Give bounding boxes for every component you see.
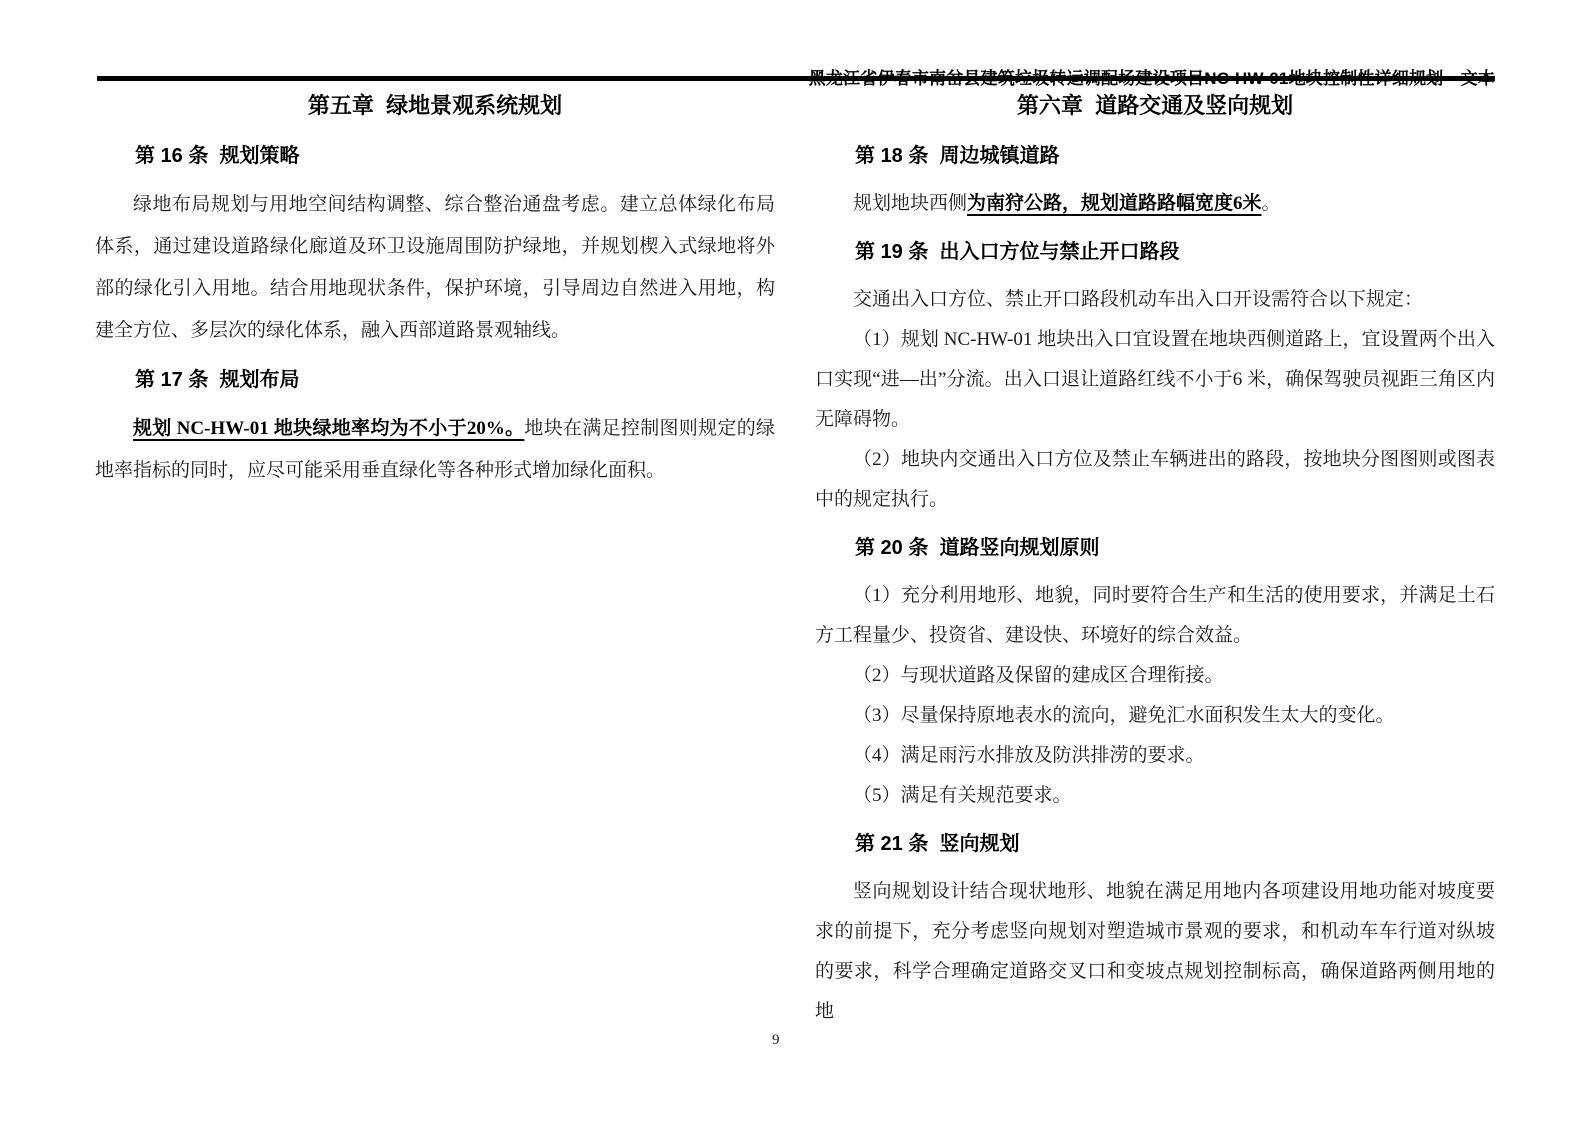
section-21-heading: 第 21 条 竖向规划 xyxy=(815,830,1495,858)
section-18-heading: 第 18 条 周边城镇道路 xyxy=(815,142,1495,170)
section-20-item-2: （2）与现状道路及保留的建成区合理衔接。 xyxy=(815,656,1495,696)
section-18-bold-underline-text: 为南狩公路，规划道路路幅宽度6米 xyxy=(967,193,1262,214)
page-content: 第五章 绿地景观系统规划 第 16 条 规划策略 绿地布局规划与用地空间结构调整… xyxy=(95,86,1495,1032)
section-16-heading: 第 16 条 规划策略 xyxy=(95,142,775,170)
section-20-item-4: （4）满足雨污水排放及防洪排涝的要求。 xyxy=(815,736,1495,776)
document-page: 黑龙江省伊春市南岔县建筑垃圾转运调配场建设项目NC-HW-01地块控制性详细规划… xyxy=(0,0,1587,1122)
section-18-period: 。 xyxy=(1262,193,1281,214)
section-20-heading: 第 20 条 道路竖向规划原则 xyxy=(815,534,1495,562)
chapter-5-title: 第五章 绿地景观系统规划 xyxy=(95,92,775,120)
section-18-paragraph: 规划地块西侧为南狩公路，规划道路路幅宽度6米。 xyxy=(815,184,1495,224)
section-20-item-1: （1）充分利用地形、地貌，同时要符合生产和生活的使用要求，并满足土石方工程量少、… xyxy=(815,576,1495,656)
header-rule-divider xyxy=(97,76,1495,81)
section-17-heading: 第 17 条 规划布局 xyxy=(95,366,775,394)
section-17-bold-underline-text: 规划 NC-HW-01 地块绿地率均为不小于20%。 xyxy=(133,418,524,439)
page-number: 9 xyxy=(772,1032,780,1049)
section-19-item-2: （2）地块内交通出入口方位及禁止车辆进出的路段，按地块分图图则或图表中的规定执行… xyxy=(815,440,1495,520)
chapter-6-title: 第六章 道路交通及竖向规划 xyxy=(815,92,1495,120)
section-17-paragraph: 规划 NC-HW-01 地块绿地率均为不小于20%。地块在满足控制图则规定的绿地… xyxy=(95,408,775,492)
section-16-paragraph: 绿地布局规划与用地空间结构调整、综合整治通盘考虑。建立总体绿化布局体系，通过建设… xyxy=(95,184,775,352)
section-19-heading: 第 19 条 出入口方位与禁止开口路段 xyxy=(815,238,1495,266)
section-20-item-5: （5）满足有关规范要求。 xyxy=(815,776,1495,816)
section-19-item-1: （1）规划 NC-HW-01 地块出入口宜设置在地块西侧道路上，宜设置两个出入口… xyxy=(815,320,1495,440)
section-20-item-3: （3）尽量保持原地表水的流向，避免汇水面积发生太大的变化。 xyxy=(815,696,1495,736)
left-column: 第五章 绿地景观系统规划 第 16 条 规划策略 绿地布局规划与用地空间结构调整… xyxy=(95,86,775,1032)
section-18-plain-text: 规划地块西侧 xyxy=(853,193,967,214)
right-column: 第六章 道路交通及竖向规划 第 18 条 周边城镇道路 规划地块西侧为南狩公路，… xyxy=(815,86,1495,1032)
section-21-paragraph: 竖向规划设计结合现状地形、地貌在满足用地内各项建设用地功能对坡度要求的前提下，充… xyxy=(815,872,1495,1032)
section-19-intro: 交通出入口方位、禁止开口路段机动车出入口开设需符合以下规定： xyxy=(815,280,1495,320)
